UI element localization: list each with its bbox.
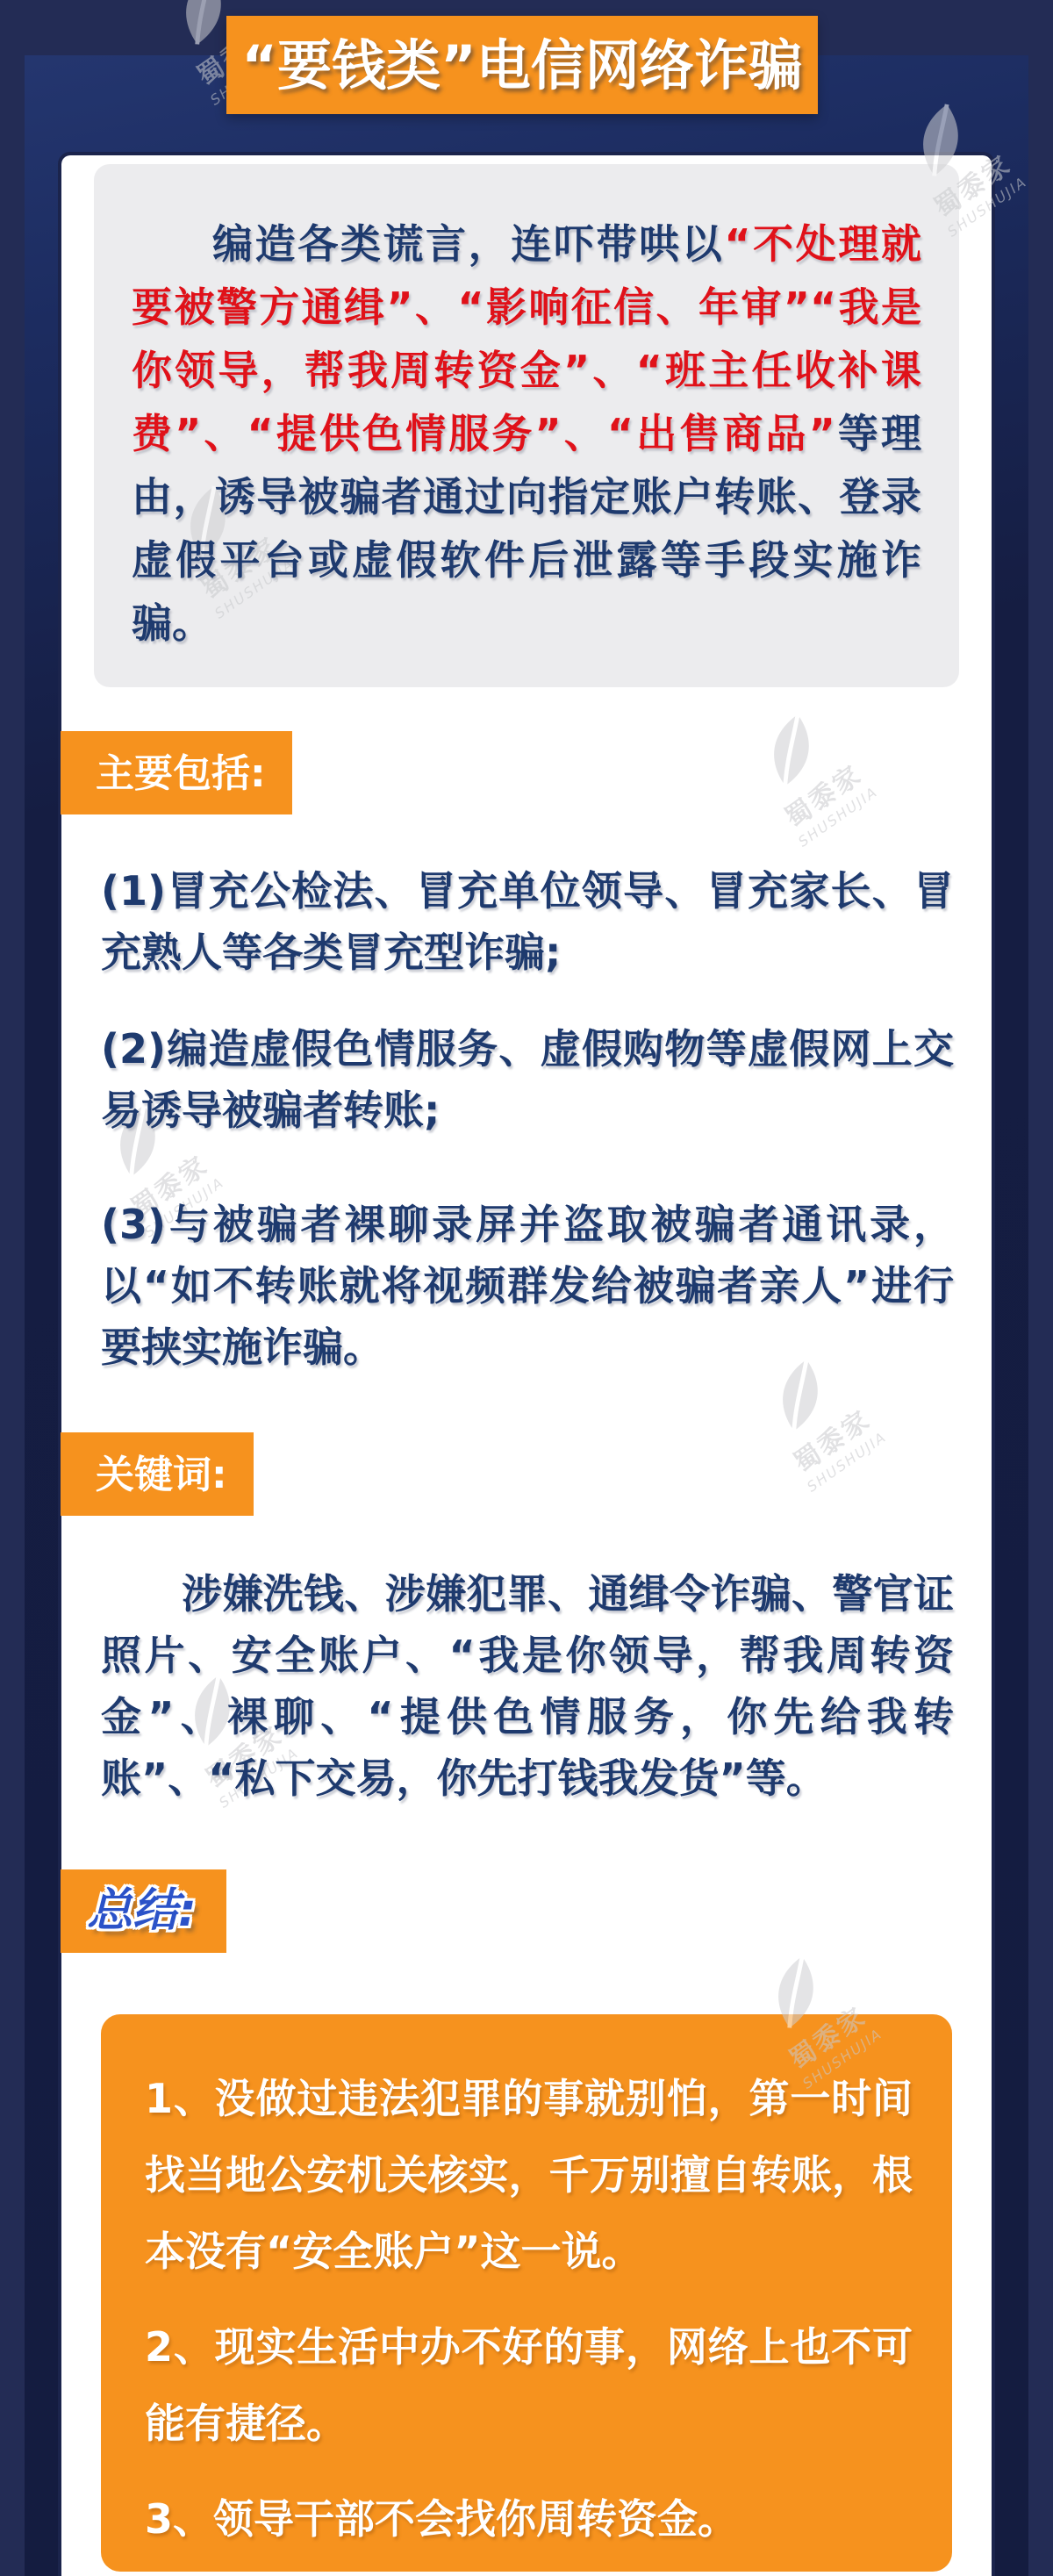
summary-item: 1、没做过违法犯罪的事就别怕，第一时间找当地公安机关核实，千万别擅自转账，根本没…	[145, 2061, 913, 2290]
summary-item: 3、领导干部不会找你周转资金。	[145, 2481, 913, 2558]
intro-segment-blue: 编造各类谎言，连吓带哄以	[212, 220, 724, 268]
intro-paragraph: 编造各类谎言，连吓带哄以“不处理就要被警方通缉”、“影响征信、年审”“我是你领导…	[132, 212, 921, 655]
fraud-type-item-1: (1)冒充公检法、冒充单位领导、冒充家长、冒充熟人等各类冒充型诈骗;	[101, 860, 954, 983]
page-title: “要钱类”电信网络诈骗	[226, 16, 818, 114]
intro-card: 编造各类谎言，连吓带哄以“不处理就要被警方通缉”、“影响征信、年审”“我是你领导…	[94, 164, 959, 687]
section-label-summary: 总结:	[61, 1869, 226, 1953]
summary-item: 2、现实生活中办不好的事，网络上也不可能有捷径。	[145, 2309, 913, 2462]
summary-card: 1、没做过违法犯罪的事就别怕，第一时间找当地公安机关核实，千万别擅自转账，根本没…	[101, 2014, 952, 2572]
fraud-type-item-3: (3)与被骗者裸聊录屏并盗取被骗者通讯录，以“如不转账就将视频群发给被骗者亲人”…	[101, 1194, 954, 1378]
section-label-includes: 主要包括:	[61, 731, 292, 814]
section-label-keywords: 关键词:	[61, 1432, 254, 1516]
keywords-paragraph: 涉嫌洗钱、涉嫌犯罪、通缉令诈骗、警官证照片、安全账户、“我是你领导，帮我周转资金…	[101, 1563, 954, 1809]
fraud-type-item-2: (2)编造虚假色情服务、虚假购物等虚假网上交易诱导被骗者转账;	[101, 1018, 954, 1141]
anti-fraud-poster: 编造各类谎言，连吓带哄以“不处理就要被警方通缉”、“影响征信、年审”“我是你领导…	[0, 0, 1053, 2576]
